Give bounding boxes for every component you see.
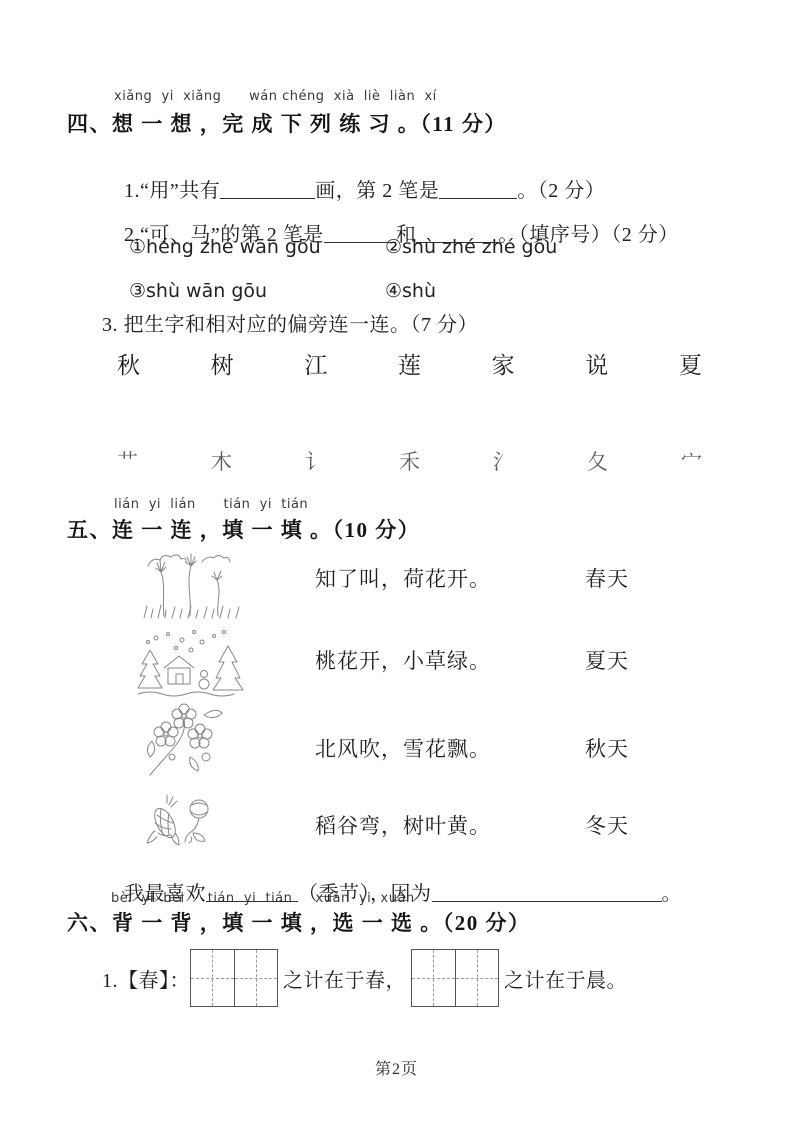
character-item: 树 [211, 347, 234, 380]
spring-proverb-line: 1.【春】： 之计在于春， 之计在于晨。 [102, 949, 632, 1007]
season-label: 秋天 [585, 733, 629, 763]
season-label: 春天 [585, 563, 629, 593]
stroke-options-row-1: ①héng zhé wān gōu ②shù zhé zhé gōu [129, 236, 557, 258]
character-item: 江 [304, 347, 327, 380]
page-number: 第2页 [0, 1056, 793, 1079]
character-item: 说 [585, 347, 608, 380]
tianzige-grid [411, 949, 499, 1007]
tianzige-grid [190, 949, 278, 1007]
section-four-pinyin: xiǎng yi xiǎng wán chéng xià liè liàn xí [114, 89, 437, 104]
section-five-title: 五、连 一 连 ，填 一 填 。（10 分） [67, 514, 420, 544]
tianzige-cell [412, 950, 455, 1006]
snow-village-illustration [136, 626, 246, 700]
stroke-option-1: ①héng zhé wān gōu [129, 236, 385, 258]
season-phrase: 北风吹，雪花飘。 [315, 733, 491, 763]
favorite-season-text-c: 。 [662, 883, 683, 905]
characters-row: 秋 树 江 莲 家 说 夏 [117, 347, 702, 380]
season-phrase: 桃花开，小草绿。 [315, 645, 491, 675]
stroke-options-row-2: ③shù wān gōu ④shù [129, 280, 436, 302]
question-2-line: 2.“可、马”的第 2 笔是和。（填序号）（2 分） [102, 196, 679, 273]
tianzige-cell [234, 950, 278, 1006]
character-item: 莲 [398, 347, 421, 380]
section-six-pinyin: bèi yi bèi tián yi tián xuǎn yi xuǎn [111, 891, 415, 906]
radical-item: 木 [211, 446, 232, 476]
radical-item: 讠 [305, 446, 326, 476]
season-phrase: 稻谷弯，树叶黄。 [315, 810, 491, 840]
spring-proverb-text-2: 之计在于晨。 [504, 964, 627, 993]
wheat-field-illustration [140, 552, 240, 620]
spring-proverb-text-1: 之计在于春， [283, 964, 406, 993]
spring-proverb-label: 1.【春】： [102, 964, 190, 993]
radical-item: 禾 [399, 446, 420, 476]
character-item: 家 [492, 347, 515, 380]
blossoms-illustration [142, 697, 228, 777]
stroke-option-2: ②shù zhé zhé gōu [385, 236, 557, 258]
section-five-pinyin: lián yi lián tián yi tián [114, 497, 308, 512]
character-item: 夏 [679, 347, 702, 380]
tianzige-cell [455, 950, 499, 1006]
radicals-row: 艹 木 讠 禾 氵 夂 宀 [117, 446, 702, 476]
radical-item: 氵 [493, 446, 514, 476]
question-3-text: 3. 把生字和相对应的偏旁连一连。（7 分） [102, 313, 478, 338]
worksheet-page: xiǎng yi xiǎng wán chéng xià liè liàn xí… [0, 0, 793, 1122]
section-four-title: 四、想 一 想 ，完 成 下 列 练 习 。（11 分） [67, 108, 507, 138]
character-item: 秋 [117, 347, 140, 380]
season-label: 夏天 [585, 645, 629, 675]
radical-item: 宀 [681, 446, 702, 476]
season-label: 冬天 [585, 810, 629, 840]
tianzige-cell [191, 950, 234, 1006]
section-six-title: 六、背 一 背 ，填 一 填 ，选 一 选 。（20 分） [67, 907, 531, 937]
stroke-option-3: ③shù wān gōu [129, 280, 385, 302]
corn-flower-illustration [145, 793, 217, 849]
season-phrase: 知了叫，荷花开。 [315, 563, 491, 593]
radical-item: 夂 [587, 446, 608, 476]
answer-blank [432, 880, 662, 902]
stroke-option-4: ④shù [385, 280, 436, 302]
radical-item: 艹 [117, 446, 138, 476]
